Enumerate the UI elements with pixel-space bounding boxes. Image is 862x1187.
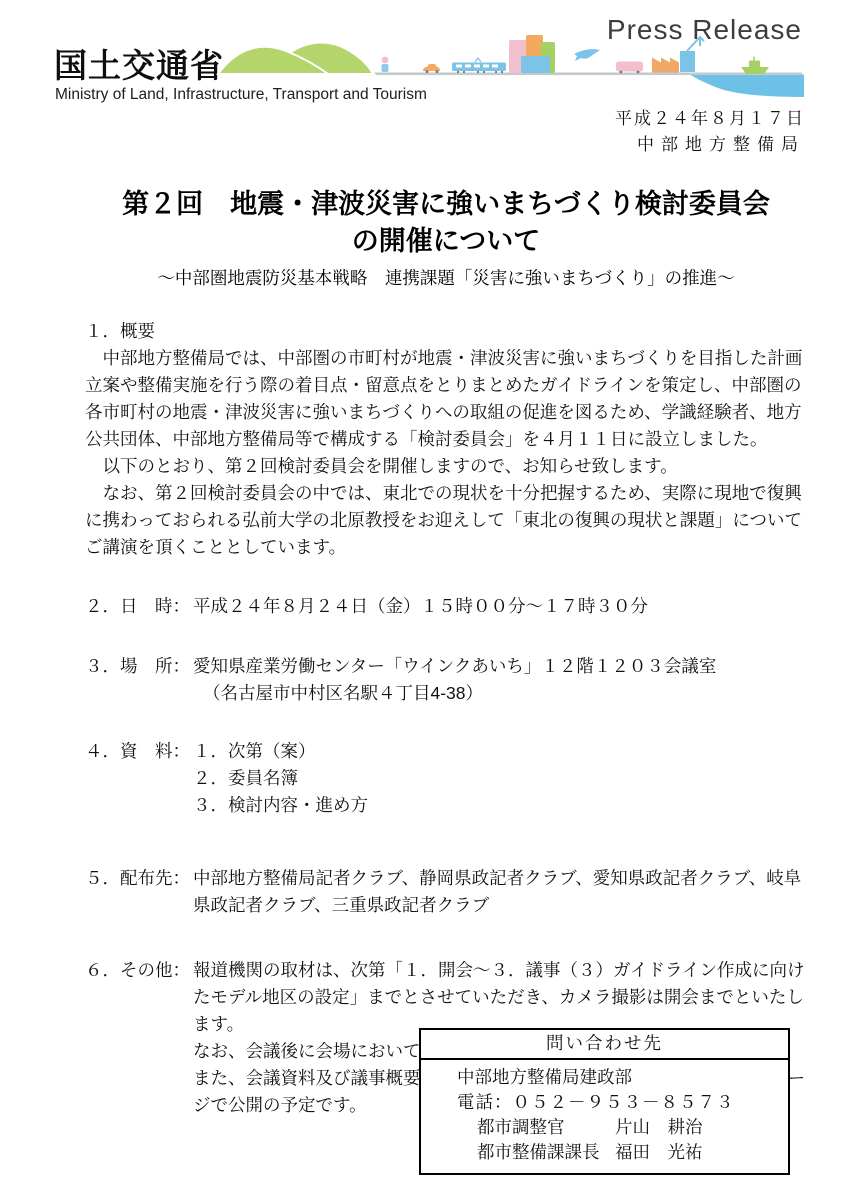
factory-icon — [652, 58, 679, 73]
car-icon — [423, 64, 440, 71]
staff-role: 都市整備課課長 — [477, 1140, 615, 1165]
release-date: 平成２４年８月１７日 — [615, 106, 805, 132]
mlit-logo-title: 国土交通省 — [54, 40, 224, 87]
material-item: ２．委員名簿 — [193, 768, 298, 788]
crane-icon — [687, 37, 704, 51]
contact-header: 問い合わせ先 — [421, 1030, 788, 1060]
other-paragraph: 報道機関の取材は、次第「１．開会～３．議事（３）ガイドライン作成に向けたモデル地… — [193, 960, 804, 1034]
section-distribution-label: ５．配布先： — [85, 865, 193, 892]
overview-paragraph: なお、第２回検討委員会の中では、東北での現状を十分把握するため、実際に現地で復興… — [85, 480, 807, 561]
material-item: １．次第（案） — [193, 741, 316, 761]
section-distribution: ５．配布先： 中部地方整備局記者クラブ、静岡県政記者クラブ、愛知県政記者クラブ、… — [85, 865, 807, 919]
press-release-page: Press Release 国土交通省 Ministry of Land, In… — [0, 0, 862, 1187]
venue-name: 愛知県産業労働センター「ウインクあいち」１２階１２０３会議室 — [193, 656, 716, 676]
document-title-line2: の開催について — [85, 223, 807, 260]
document-title: 第２回 地震・津波災害に強いまちづくり検討委員会 の開催について — [85, 186, 807, 260]
section-place: ３．場 所： 愛知県産業労働センター「ウインクあいち」１２階１２０３会議室 （名… — [85, 653, 807, 707]
building-icon — [521, 56, 550, 73]
section-materials: ４．資 料： １．次第（案） ２．委員名簿 ３．検討内容・進め方 — [85, 738, 807, 819]
staff-name: 福田 光祐 — [615, 1140, 780, 1165]
material-item: ３．検討内容・進め方 — [193, 795, 368, 815]
document-title-line1: 第２回 地震・津波災害に強いまちづくり検討委員会 — [85, 186, 807, 223]
issuing-organization: 中部地方整備局 — [615, 132, 805, 158]
section-distribution-value: 中部地方整備局記者クラブ、静岡県政記者クラブ、愛知県政記者クラブ、岐阜県政記者ク… — [193, 865, 807, 919]
section-place-label: ３．場 所： — [85, 653, 193, 680]
section-other-label: ６．その他： — [85, 957, 193, 984]
contact-box: 問い合わせ先 中部地方整備局建政部 電話：０５２－９５３－８５７３ 都市調整官 … — [419, 1028, 790, 1175]
section-materials-label: ４．資 料： — [85, 738, 193, 765]
section-datetime-value: 平成２４年８月２４日（金）１５時００分～１７時３０分 — [193, 593, 807, 620]
staff-name: 片山 耕治 — [615, 1115, 780, 1140]
section-datetime: ２．日 時： 平成２４年８月２４日（金）１５時００分～１７時３０分 — [85, 593, 807, 620]
crane-icon — [680, 51, 695, 72]
section-materials-list: １．次第（案） ２．委員名簿 ３．検討内容・進め方 — [193, 738, 807, 819]
document-subtitle: ～中部圏地震防災基本戦略 連携課題「災害に強いまちづくり」の推進～ — [85, 265, 807, 290]
airplane-icon — [574, 49, 600, 61]
venue-address: （名古屋市中村区名駅４丁目4-38） — [193, 683, 483, 703]
boat-icon — [749, 61, 760, 68]
contact-staff-row: 都市調整官 片山 耕治 — [457, 1115, 780, 1140]
person-icon — [382, 57, 389, 64]
section-overview-heading: １．概要 — [85, 318, 807, 345]
bus-icon — [616, 62, 643, 72]
overview-paragraph: 中部地方整備局では、中部圏の市町村が地震・津波災害に強いまちづくりを目指した計画… — [85, 345, 807, 453]
water-shape — [690, 75, 804, 98]
contact-department: 中部地方整備局建政部 — [457, 1065, 780, 1090]
overview-paragraph: 以下のとおり、第２回検討委員会を開催しますので、お知らせ致します。 — [85, 453, 807, 480]
section-place-value: 愛知県産業労働センター「ウインクあいち」１２階１２０３会議室 （名古屋市中村区名… — [193, 653, 807, 707]
contact-phone: 電話：０５２－９５３－８５７３ — [457, 1090, 780, 1115]
section-datetime-label: ２．日 時： — [85, 593, 193, 620]
ground-line — [362, 73, 802, 76]
staff-role: 都市調整官 — [477, 1115, 615, 1140]
section-overview: １．概要 中部地方整備局では、中部圏の市町村が地震・津波災害に強いまちづくりを目… — [85, 318, 807, 561]
person-icon — [382, 64, 389, 72]
header-illustration — [212, 26, 812, 100]
contact-staff-row: 都市整備課課長 福田 光祐 — [457, 1140, 780, 1165]
